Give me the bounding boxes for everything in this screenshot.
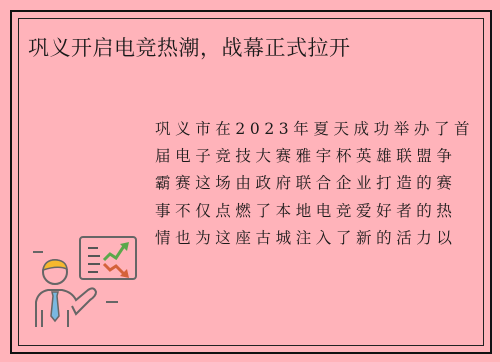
body-line: 巩义市在2023年夏天成功举办了首 bbox=[155, 116, 465, 143]
body-line: 届电子竞技大赛雅宇杯英雄联盟争 bbox=[155, 143, 465, 170]
body-line: 事不仅点燃了本地电竞爱好者的热 bbox=[155, 198, 465, 225]
article-body: 巩义市在2023年夏天成功举办了首 届电子竞技大赛雅宇杯英雄联盟争 霸赛这场由政… bbox=[155, 116, 465, 252]
body-line: 情也为这座古城注入了新的活力以 bbox=[155, 225, 465, 252]
body-line: 霸赛这场由政府联合企业打造的赛 bbox=[155, 170, 465, 197]
presenter-chart-icon bbox=[28, 232, 138, 332]
article-title: 巩义开启电竞热潮，战幕正式拉开 bbox=[28, 32, 351, 62]
